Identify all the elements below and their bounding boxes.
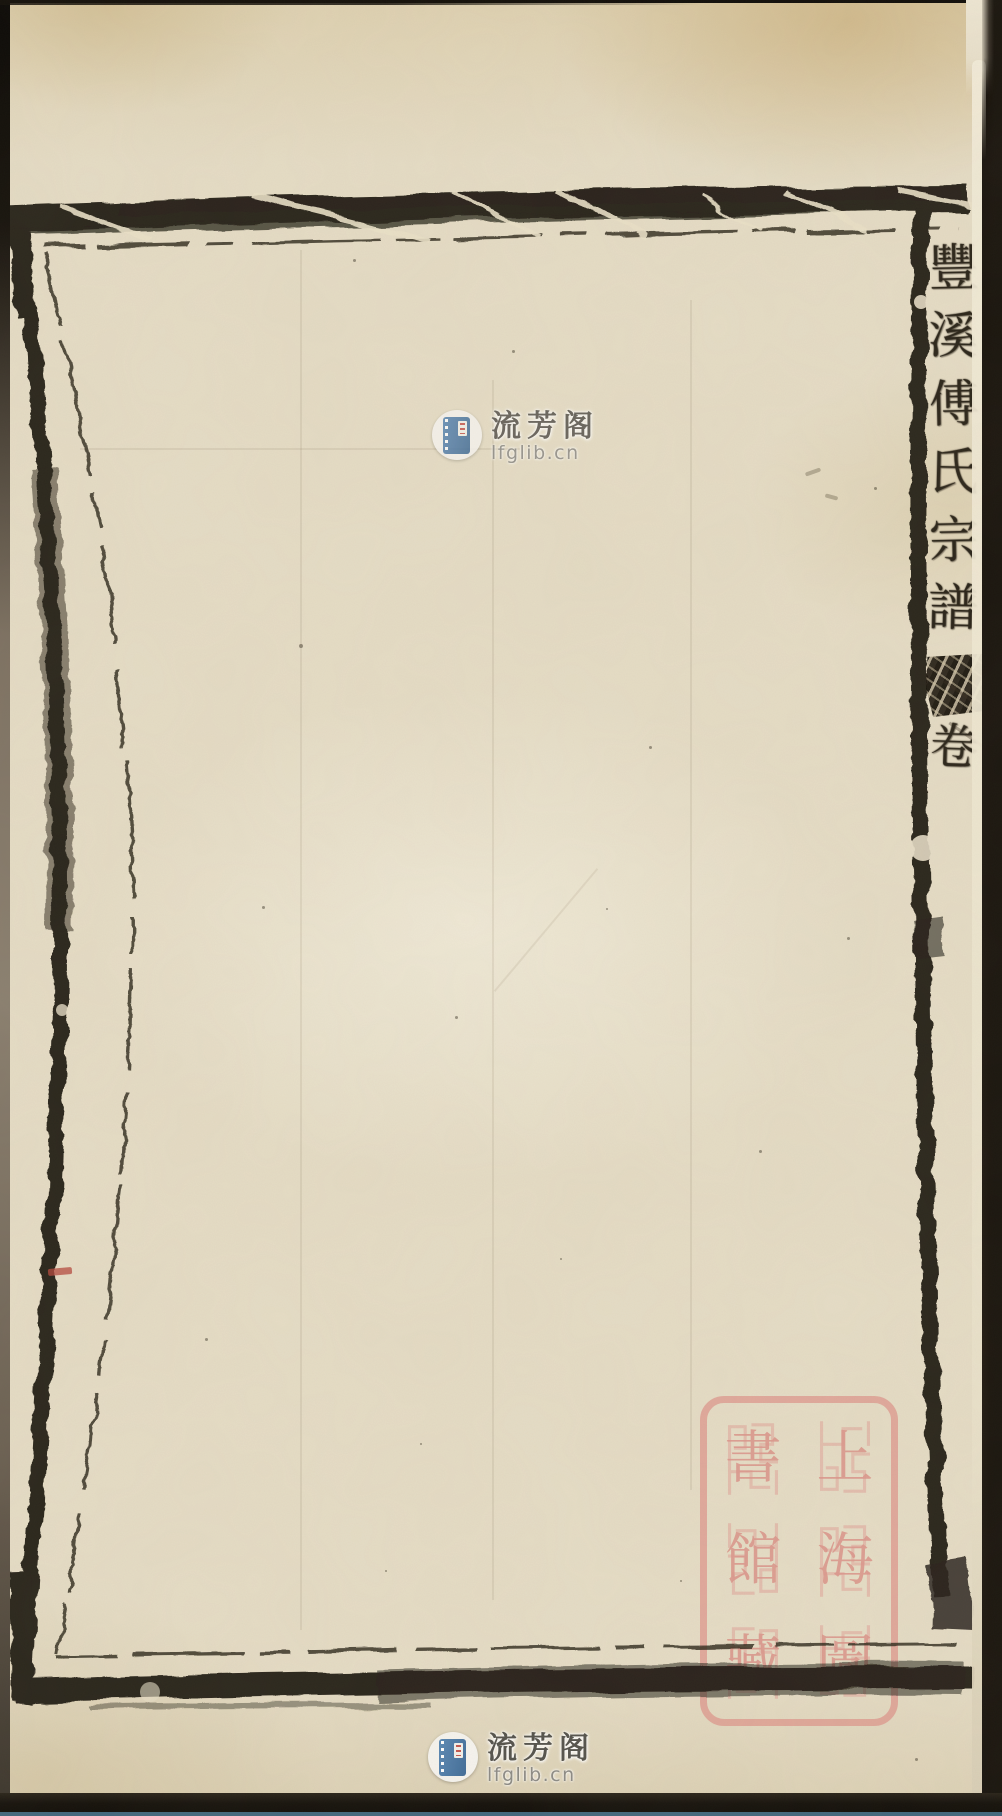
watermark-brand: 流芳阁 [491, 410, 599, 443]
watermark-bottom: 流芳阁 lfglib.cn [428, 1732, 595, 1787]
watermark-domain: lfglib.cn [491, 443, 599, 465]
scanned-genealogy-page: 書 館 藏 上 海 圖 [0, 0, 1002, 1816]
book-logo-icon [428, 1732, 478, 1782]
book-logo-icon [432, 410, 482, 460]
watermark-top: 流芳阁 lfglib.cn [432, 410, 599, 465]
watermark-domain: lfglib.cn [487, 1765, 595, 1787]
photo-bottom-edge [0, 1793, 1002, 1816]
woodblock-frame-border [0, 0, 1002, 1816]
watermark-brand: 流芳阁 [487, 1732, 595, 1765]
photo-top-edge [0, 0, 701, 5]
photo-right-edge [982, 0, 1002, 1816]
footer-blue-line [0, 1812, 1002, 1816]
photo-left-edge [0, 0, 10, 1816]
